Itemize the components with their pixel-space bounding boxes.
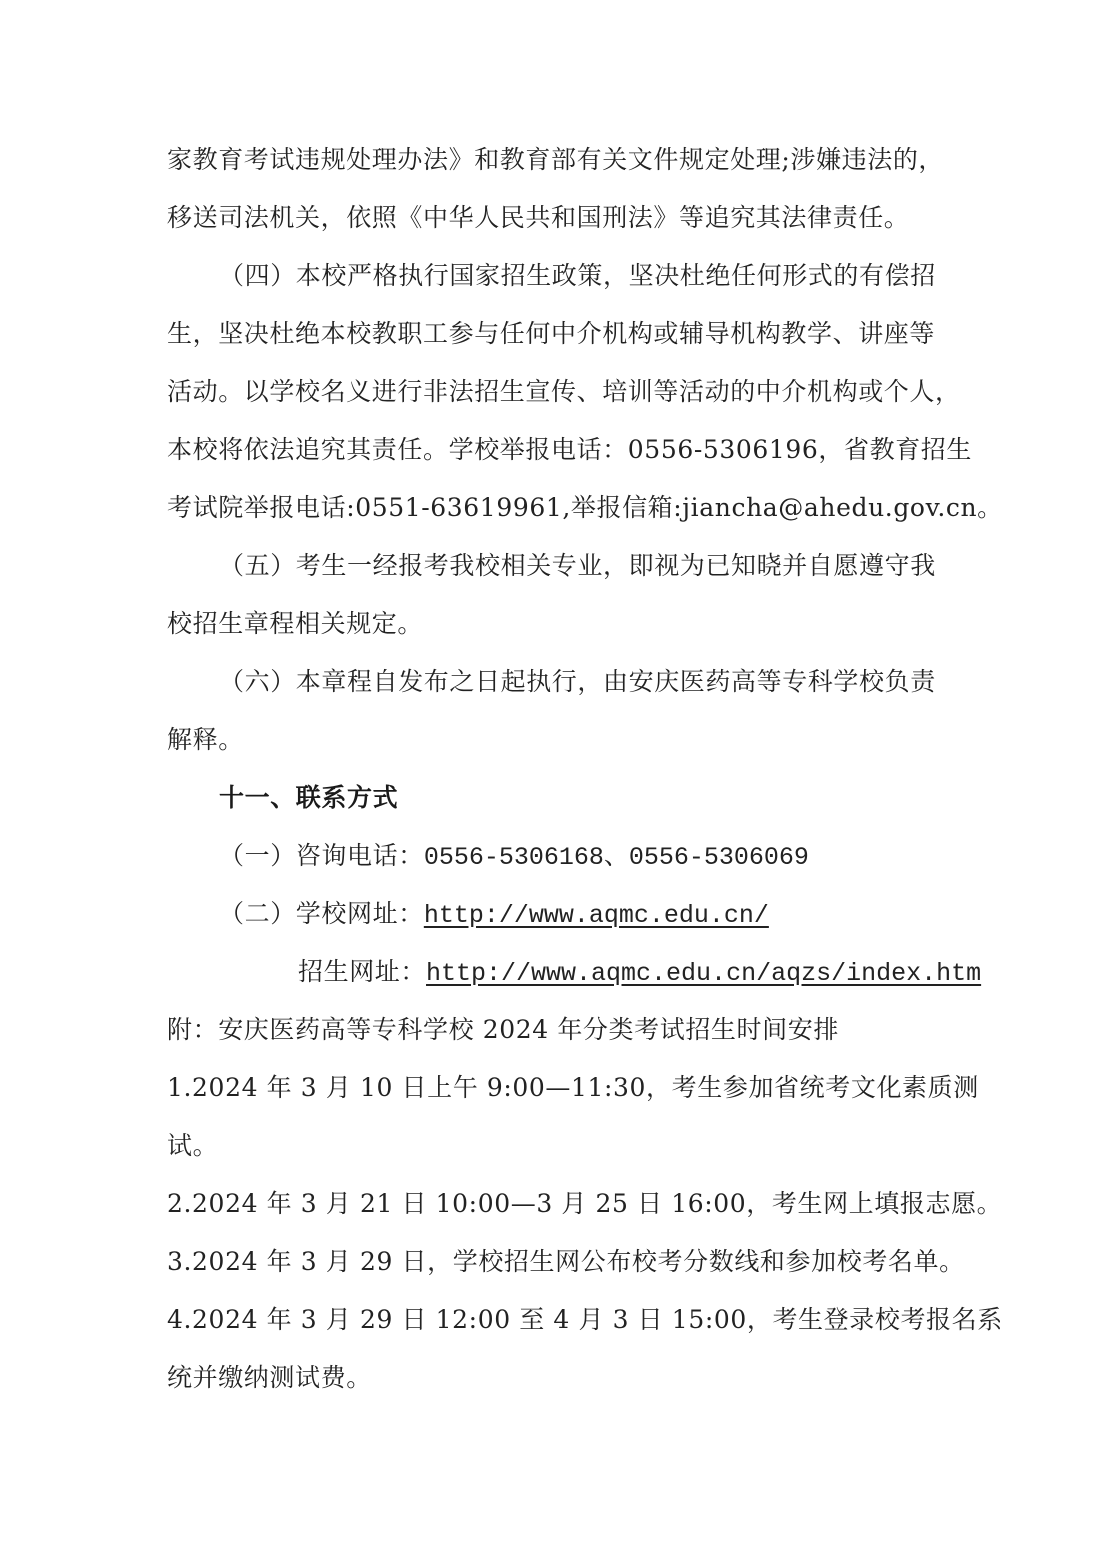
paragraph-line: 移送司法机关，依照《中华人民共和国刑法》等追究其法律责任。 (167, 202, 909, 234)
appendix-line: 4.2024 年 3 月 29 日 12:00 至 4 月 3 日 15:00，… (167, 1304, 1003, 1336)
item-4-line: 考试院举报电话:0551-63619961,举报信箱:jiancha@ahedu… (167, 492, 1003, 524)
item-4-line: 生，坚决杜绝本校教职工参与任何中介机构或辅导机构教学、讲座等 (167, 318, 935, 350)
phone-value: 0556-5306168、0556-5306069 (424, 843, 809, 872)
appendix-line: 3.2024 年 3 月 29 日，学校招生网公布校考分数线和参加校考名单。 (167, 1246, 965, 1278)
appendix-line: 试。 (167, 1130, 218, 1162)
item-4-line: 活动。以学校名义进行非法招生宣传、培训等活动的中介机构或个人， (167, 376, 961, 408)
item-4-line: 本校将依法追究其责任。学校举报电话：0556-5306196，省教育招生 (167, 434, 972, 466)
website-link[interactable]: http://www.aqmc.edu.cn/ (424, 901, 769, 930)
item-6-line: 解释。 (167, 724, 244, 756)
appendix-line: 2.2024 年 3 月 21 日 10:00—3 月 25 日 16:00，考… (167, 1188, 1002, 1220)
contact-phone-row: （一）咨询电话：0556-5306168、0556-5306069 (219, 840, 809, 874)
section-heading-contact: 十一、联系方式 (219, 782, 398, 814)
paragraph-line: 家教育考试违规处理办法》和教育部有关文件规定处理;涉嫌违法的， (167, 144, 944, 176)
phone-label: （一）咨询电话： (219, 841, 424, 870)
item-4-line: （四）本校严格执行国家招生政策，坚决杜绝任何形式的有偿招 (219, 260, 936, 292)
document-page: 家教育考试违规处理办法》和教育部有关文件规定处理;涉嫌违法的， 移送司法机关，依… (0, 0, 1102, 1559)
contact-website-row: （二）学校网址：http://www.aqmc.edu.cn/ (219, 898, 769, 932)
item-5-line: （五）考生一经报考我校相关专业，即视为已知晓并自愿遵守我 (219, 550, 936, 582)
appendix-line: 统并缴纳测试费。 (167, 1362, 372, 1394)
item-5-line: 校招生章程相关规定。 (167, 608, 423, 640)
admission-link[interactable]: http://www.aqmc.edu.cn/aqzs/index.htm (426, 959, 981, 988)
contact-admission-row: 招生网址：http://www.aqmc.edu.cn/aqzs/index.h… (298, 956, 981, 990)
appendix-title: 附：安庆医药高等专科学校 2024 年分类考试招生时间安排 (167, 1014, 839, 1046)
website-label: （二）学校网址： (219, 899, 424, 928)
admission-label: 招生网址： (298, 957, 426, 986)
appendix-line: 1.2024 年 3 月 10 日上午 9:00—11:30，考生参加省统考文化… (167, 1072, 979, 1104)
item-6-line: （六）本章程自发布之日起执行，由安庆医药高等专科学校负责 (219, 666, 936, 698)
